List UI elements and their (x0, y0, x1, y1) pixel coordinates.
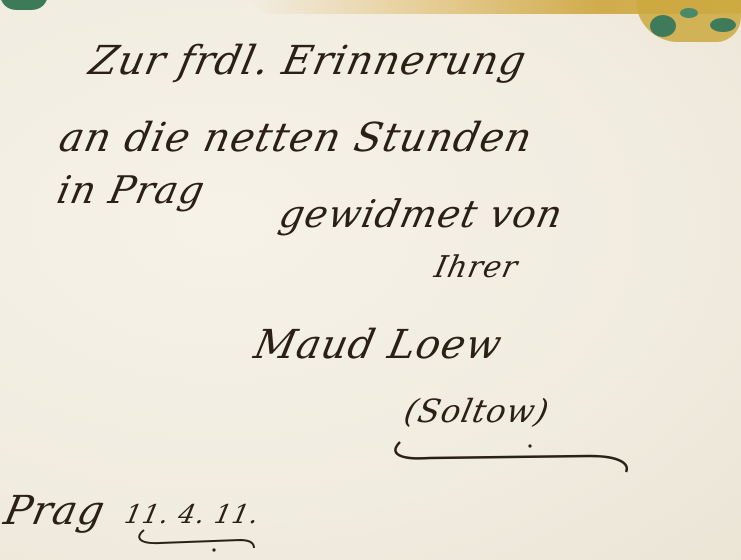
signature-maiden-name: (Soltow) (401, 392, 553, 430)
place-text: Prag (0, 488, 109, 534)
signature-flourish (390, 438, 640, 478)
signature-name: Maud Loew (250, 322, 506, 368)
mold-spot (650, 15, 676, 37)
date-flourish (130, 528, 270, 558)
dedication-line-5: Ihrer (431, 250, 521, 285)
mold-spot (680, 8, 698, 18)
mold-spot (710, 18, 736, 32)
dedication-line-2: an die netten Stunden (55, 115, 537, 161)
date-text: 11. 4. 11. (122, 500, 262, 530)
dedication-line-4: gewidmet von (275, 192, 567, 236)
letter-paper: Zur frdl. Erinnerung an die netten Stund… (0, 0, 741, 560)
mold-spot (0, 0, 48, 10)
dedication-line-3: in Prag (53, 168, 209, 212)
dedication-line-1: Zur frdl. Erinnerung (85, 38, 530, 84)
